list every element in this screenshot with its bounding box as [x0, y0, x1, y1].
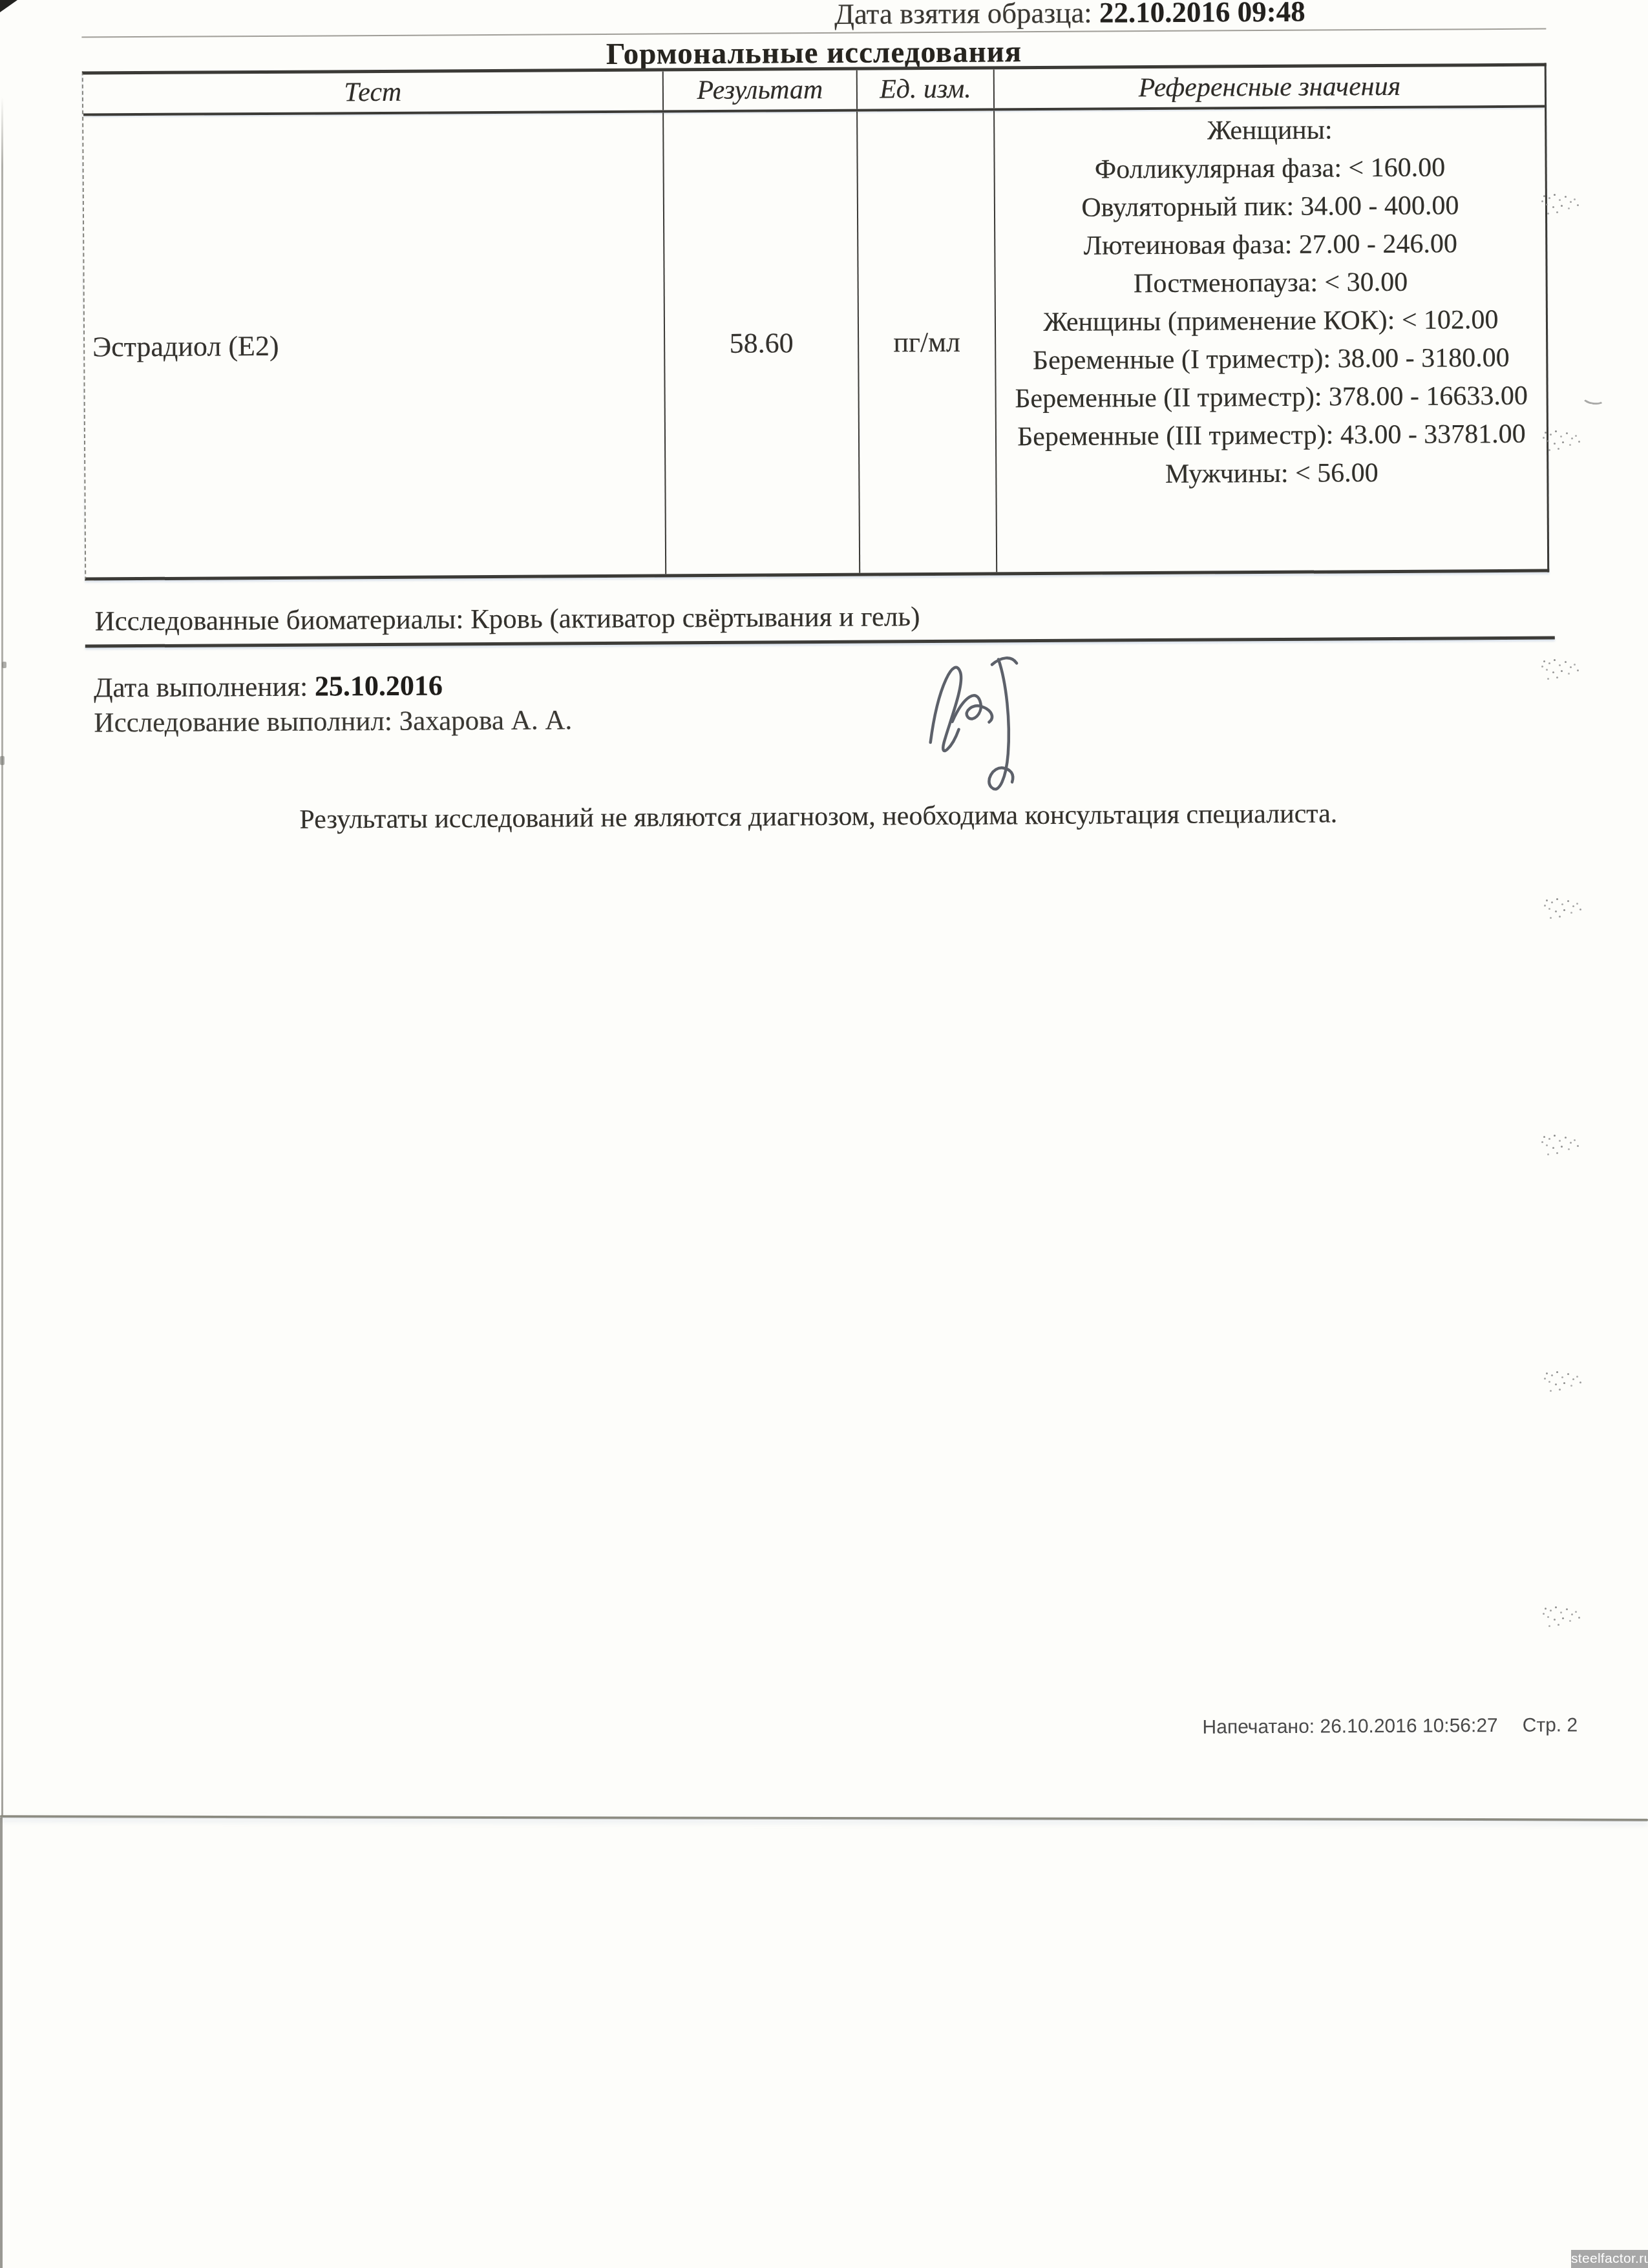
scan-speckle: [1546, 899, 1548, 901]
scan-speckle: [1545, 432, 1547, 434]
header-test-label: Тест: [344, 77, 401, 109]
table-row: Эстрадиол (Е2) 58.60 пг/мл Женщины: Фолл…: [83, 108, 1547, 578]
header-reference-label: Референсные значения: [1139, 71, 1401, 103]
reference-line: Овуляторный пик: 34.00 - 400.00: [1006, 187, 1534, 228]
reference-cell: Женщины: Фолликулярная фаза: < 160.00 Ов…: [995, 108, 1547, 572]
reference-line: Фолликулярная фаза: < 160.00: [1006, 149, 1534, 190]
scan-left-edge-shadow: [0, 1818, 3, 2268]
executor-line: Исследование выполнил: Захарова А. А.: [94, 704, 572, 739]
header-test: Тест: [83, 71, 664, 113]
reference-lines: Женщины: Фолликулярная фаза: < 160.00 Ов…: [1006, 108, 1536, 495]
result-value: 58.60: [729, 326, 793, 360]
test-name: Эстрадиол (Е2): [92, 329, 279, 363]
biomaterials-underline: [85, 636, 1555, 647]
scan-speckle: [1546, 1372, 1548, 1374]
header-result: Результат: [664, 70, 858, 110]
execution-date-label: Дата выполнения:: [94, 672, 308, 704]
reference-line: Беременные (III триместр): 43.00 - 33781…: [1008, 415, 1535, 457]
watermark-label: steelfactor.ru: [1571, 2250, 1648, 2268]
signature-scribble: [916, 645, 1049, 804]
result-cell: 58.60: [664, 112, 860, 574]
print-footer: Напечатано: 26.10.2016 10:56:27Стр. 2: [1202, 1714, 1578, 1738]
scan-speckle: [1543, 195, 1545, 197]
hormone-results-table: Тест Результат Ед. изм. Референсные знач…: [82, 63, 1550, 581]
scan-speck: [0, 756, 5, 765]
scan-speck: [2, 662, 6, 668]
scan-speckle: [1545, 1608, 1547, 1610]
sample-date-value: 22.10.2016 09:48: [1099, 0, 1305, 29]
reference-line: Лютеиновая фаза: 27.00 - 246.00: [1007, 225, 1534, 266]
scanned-lab-report-page: Дата взятия образца: 22.10.2016 09:48 Го…: [0, 0, 1648, 2268]
header-unit-label: Ед. изм.: [880, 74, 971, 105]
sample-date-label: Дата взятия образца:: [834, 0, 1092, 30]
execution-date-line: Дата выполнения: 25.10.2016: [94, 669, 443, 704]
header-result-label: Результат: [697, 74, 823, 106]
reference-line: Женщины:: [1006, 110, 1534, 152]
reference-line: Беременные (I триместр): 38.00 - 3180.00: [1008, 339, 1535, 381]
header-unit: Ед. изм.: [858, 69, 995, 109]
scan-speckle: [1543, 660, 1545, 662]
page-number: Стр. 2: [1523, 1714, 1578, 1736]
reference-line: Постменопауза: < 30.00: [1007, 263, 1534, 304]
reference-line: Мужчины: < 56.00: [1008, 454, 1536, 495]
execution-date-value: 25.10.2016: [315, 669, 443, 702]
reference-line: Беременные (II триместр): 378.00 - 16633…: [1008, 377, 1535, 419]
reference-line: Женщины (применение КОК): < 102.00: [1007, 301, 1534, 342]
scan-speckle: [1543, 1136, 1545, 1138]
biomaterials-line: Исследованные биоматериалы: Кровь (актив…: [94, 601, 920, 637]
unit-cell: пг/мл: [858, 110, 997, 572]
test-name-cell: Эстрадиол (Е2): [83, 112, 666, 577]
scan-left-edge-line: [1, 97, 3, 1817]
executor-value: Захарова А. А.: [399, 705, 572, 737]
executor-label: Исследование выполнил:: [94, 706, 392, 739]
printed-timestamp: Напечатано: 26.10.2016 10:56:27: [1202, 1715, 1497, 1738]
scan-content: Дата взятия образца: 22.10.2016 09:48 Го…: [0, 0, 1648, 2268]
disclaimer: Результаты исследований не являются диаг…: [86, 797, 1550, 837]
header-reference: Референсные значения: [995, 67, 1545, 109]
unit-value: пг/мл: [893, 325, 960, 359]
sample-date-line: Дата взятия образца: 22.10.2016 09:48: [834, 0, 1305, 31]
